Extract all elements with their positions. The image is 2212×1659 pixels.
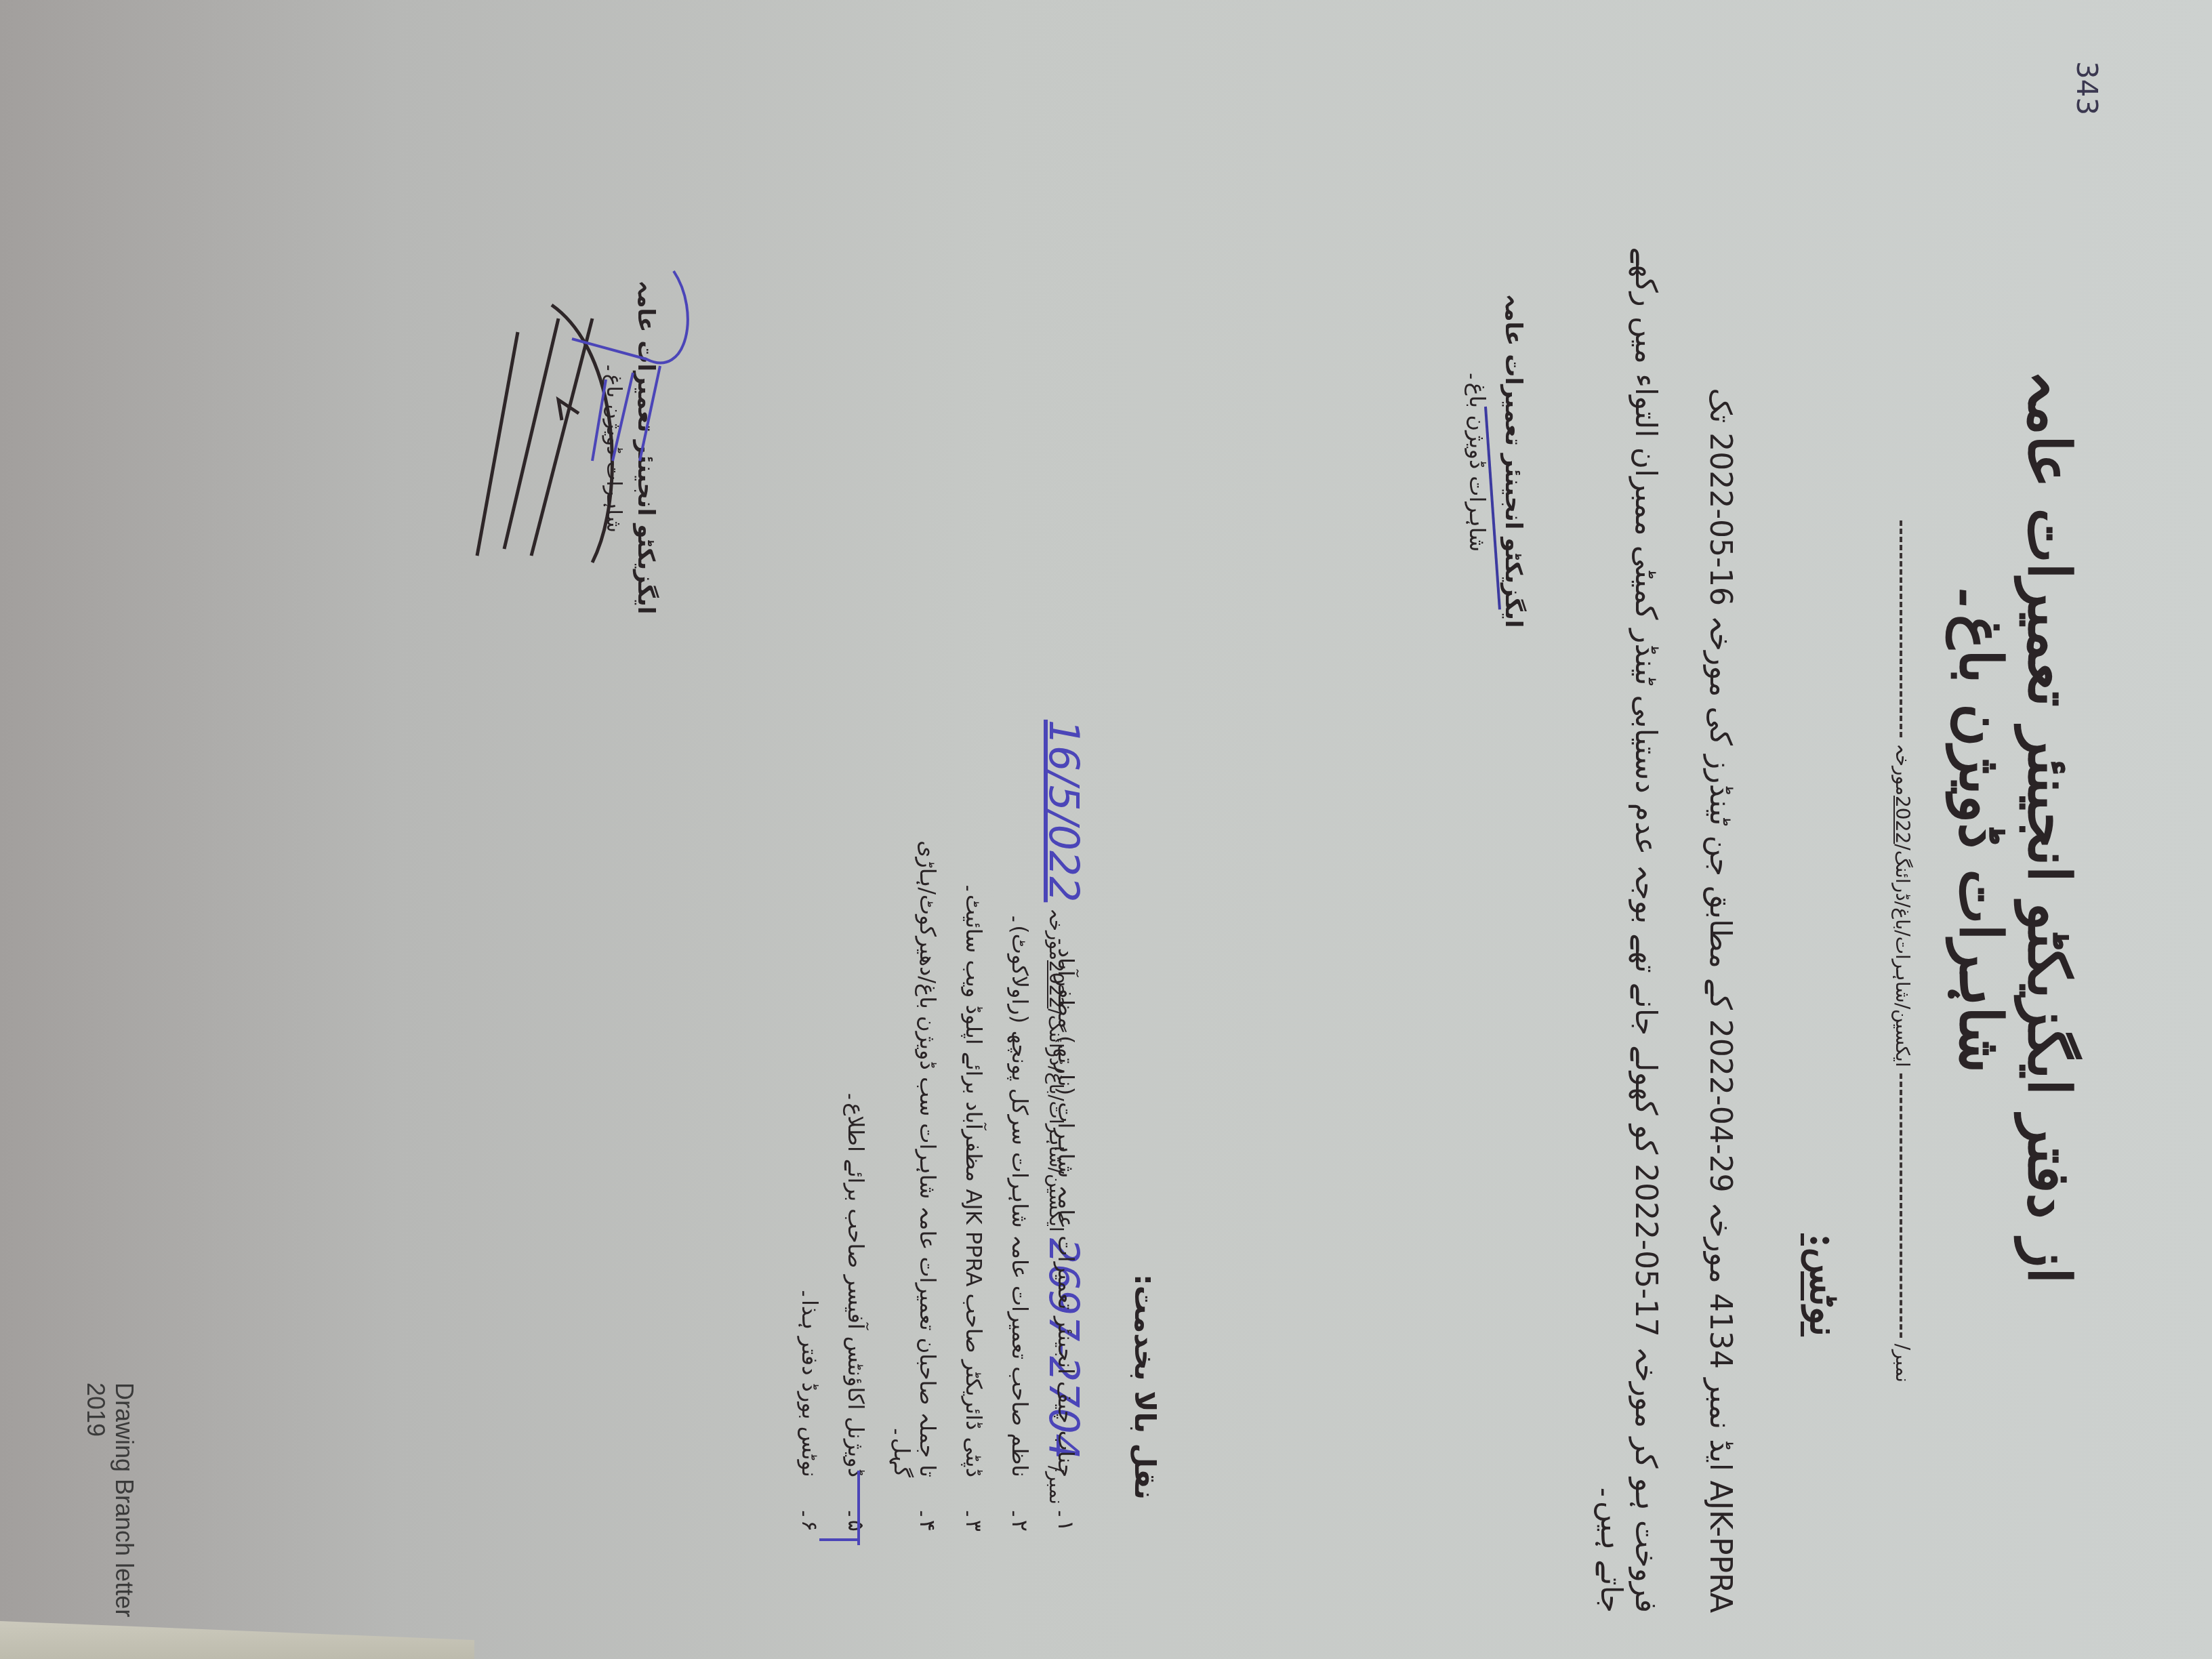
ref-prefix: نمبر/ [1891,1344,1914,1382]
footer-text: Drawing Branch letter 2019 [81,1382,138,1659]
notice-body-line-1: AJK-PPRA ایڈ نمبر 4134 مورخہ 29-04-2022 … [1703,190,1738,1613]
document-title: از دفتر ایگزیکٹو انجینئر تعمیرات عامہ شا… [1946,319,2083,1335]
copy-to-item-text: جناب چیف انجینئر تعمیرات عامہ شاہرات (نا… [1053,935,1079,1477]
ref-blank [1900,1073,1904,1338]
ref-middle: ایکسین/شاہرات/باغ/ڈرائنگ/ [1891,844,1914,1067]
reference-line-1: نمبر/ ایکسین/شاہرات/باغ/ڈرائنگ/2022مورخہ [1891,366,1914,1382]
copy-to-item-text: نوٹس بورڈ دفتر ہذا۔ [797,1287,823,1477]
copy-to-item-number: ۴۔ [889,1498,941,1532]
notice-body-line-2: فروخت ہو کر مورخہ 17-05-2022 کو کھولے جا… [1594,190,1663,1613]
copy-to-item-number: ۲۔ [1007,1498,1033,1532]
copy-to-item-text: ناظم صاحب تعمیرات عامہ شاہرات سرکل پونچھ… [1007,913,1033,1477]
signature-blue [565,258,701,474]
copy-to-item: ۱۔جناب چیف انجینئر تعمیرات عامہ شاہرات (… [1053,813,1079,1532]
copy-to-item-number: ۱۔ [1053,1498,1079,1532]
document-page: 343 از دفتر ایگزیکٹو انجینئر تعمیرات عام… [0,0,2212,1659]
signatory-block-1: ایگزیکٹو انجینئر تعمیرات عامہ شاہرات ڈوی… [1465,258,1528,664]
copy-to-item-number: ۳۔ [961,1498,987,1532]
copy-to-item-text: تا جملہ صاحبان تعمیرات عامہ شاہرات سب ڈو… [889,813,941,1477]
copy-to-item-text: ڈپٹی ڈائریکٹر صاحب AJK PPRA مظفرآباد برا… [961,882,987,1477]
copy-to-heading: نقل بالا بخدمت: [1128,1274,1162,1500]
signatory-sub: شاہرات ڈویژن باغ۔ [1465,258,1490,664]
date-blank [1900,520,1904,737]
copy-to-item: ۵۔ڈویژنل اکاؤنٹس آفیسر صاحب برائے اطلاع۔ [843,813,869,1532]
signatory-title: ایگزیکٹو انجینئر تعمیرات عامہ [1500,258,1528,664]
pen-tick-mark-stem [819,1538,860,1541]
copy-to-item-number: ۵۔ [843,1498,869,1532]
copy-to-item-number: ۶۔ [797,1498,823,1532]
ref-suffix: مورخہ [1891,743,1914,796]
copy-to-item: ۶۔نوٹس بورڈ دفتر ہذا۔ [797,813,823,1532]
ref-year: 2022 [1891,796,1914,844]
pen-tick-mark [857,1471,860,1545]
copy-to-item: ۲۔ناظم صاحب تعمیرات عامہ شاہرات سرکل پون… [1007,813,1033,1532]
copy-to-item: ۳۔ڈپٹی ڈائریکٹر صاحب AJK PPRA مظفرآباد ب… [961,813,987,1532]
copy-to-list: ۱۔جناب چیف انجینئر تعمیرات عامہ شاہرات (… [777,813,1079,1559]
page-number: 343 [2070,61,2104,115]
notice-heading: نوٹس: [1801,1233,1846,1336]
copy-to-item-text: ڈویژنل اکاؤنٹس آفیسر صاحب برائے اطلاع۔ [843,1090,869,1477]
copy-to-item: ۴۔تا جملہ صاحبان تعمیرات عامہ شاہرات سب … [889,813,941,1532]
